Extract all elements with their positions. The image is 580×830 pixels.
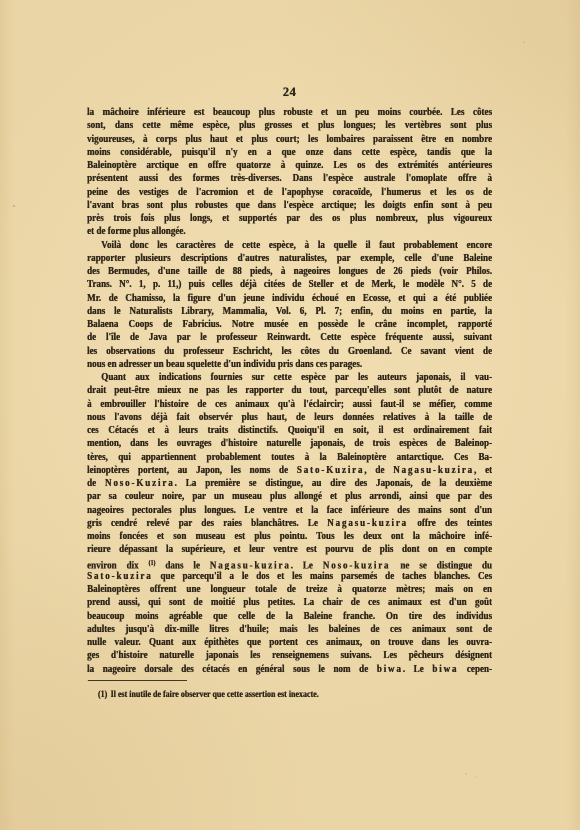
text-line: moins foncées et son museau est plus poi…: [87, 530, 492, 543]
footnote-marker: (1): [98, 689, 107, 700]
text-line: à embrouiller l'histoire de ces animaux …: [87, 398, 492, 411]
text-line: les observations du professeur Eschricht…: [87, 345, 492, 358]
text-line: Trans. N°. 1, p. 11,) puis celles déjà c…: [87, 278, 492, 291]
text-line: ges d'histoire naturelle japonais les re…: [87, 649, 492, 662]
text-line: adultes jusqu'à dix-mille litres d'huile…: [87, 623, 492, 636]
text-line: nous l'avons déjà fait observér plus hau…: [87, 411, 492, 424]
text-line: par sa couleur noire, par un museau plus…: [87, 490, 492, 503]
text-line: Baleinoptères offrent une longueur total…: [87, 583, 492, 596]
footnote-separator: [88, 680, 187, 682]
text-line: et de forme plus allongée.: [87, 225, 492, 238]
text-line: tères, qui appartiennent probablement to…: [87, 451, 492, 464]
text-line: environ dix (1) dans le Nagasu-kuzira. L…: [87, 557, 492, 570]
text-line: près trois fois plus longs, et supportés…: [87, 212, 492, 225]
text-line: de Noso-Kuzira. La première se distingue…: [87, 477, 492, 490]
text-line: nous en adresser un beau squelette d'un …: [87, 358, 492, 371]
text-line: prend aussi, qui sont de moitié plus pet…: [87, 596, 492, 609]
book-page: 24 la mâchoire inférieure est beaucoup p…: [0, 0, 580, 830]
text-line: sont, dans cette même espèce, plus gross…: [87, 119, 492, 132]
text-line: Balaena Coops de Fabricius. Notre musée …: [87, 318, 492, 331]
text-line: ces Cétacés et à leurs traits distinctif…: [87, 424, 492, 437]
text-line: présentent aussi des formes très-diverse…: [87, 172, 492, 185]
text-block: la mâchoire inférieure est beaucoup plus…: [87, 106, 492, 700]
text-line: beaucoup moins agréable que celle de la …: [87, 610, 492, 623]
text-line: Mr. de Chamisso, la figure d'un jeune in…: [87, 292, 492, 305]
text-line: de l'île de Java par le professeur Reinw…: [87, 331, 492, 344]
text-line: nulle valeur. Quant aux épithètes que po…: [87, 636, 492, 649]
text-line: gris cendré relevé par des raies blanchâ…: [87, 517, 492, 530]
text-line: moins considérable, puisqu'il n'y en a q…: [87, 146, 492, 159]
text-line: mention, dans les ouvrages d'histoire na…: [87, 437, 492, 450]
text-line: la nageoire dorsale des cétacés en génér…: [87, 663, 492, 676]
text-line: peine des vestiges de l'acromion et de l…: [87, 186, 492, 199]
text-line: Baleinoptère arctique en offre quatorze …: [87, 159, 492, 172]
text-line: rieure dépassant la supérieure, et leur …: [87, 543, 492, 556]
footnote-reference: (1): [149, 559, 156, 567]
page-number: 24: [87, 85, 492, 100]
text-line: leinoptères portent, au Japon, les noms …: [87, 464, 492, 477]
text-line: nageoires pectorales plus longues. Le ve…: [87, 504, 492, 517]
text-line: Voilà donc les caractères de cette espèc…: [87, 239, 492, 252]
footnote: (1)Il est inutile de faire observer que …: [87, 689, 492, 700]
footnote-text: Il est inutile de faire observer que cet…: [110, 689, 318, 700]
text-line: drait peut-être mieux ne pas les rapport…: [87, 384, 492, 397]
text-line: dans le Naturalists Library, Mammalia, V…: [87, 305, 492, 318]
text-line: Sato-kuzira que parcequ'il a le dos et l…: [87, 570, 492, 583]
text-line: vigoureuses, à corps plus haut et plus c…: [87, 133, 492, 146]
text-line: la mâchoire inférieure est beaucoup plus…: [87, 106, 492, 119]
text-line: Quant aux indications fournies sur cette…: [87, 371, 492, 384]
text-line: des Bermudes, d'une taille de 88 pieds, …: [87, 265, 492, 278]
text-line: l'avant bras sont plus robustes que dans…: [87, 199, 492, 212]
body-lines: la mâchoire inférieure est beaucoup plus…: [87, 106, 492, 676]
text-line: rapporter plusieurs descriptions d'autre…: [87, 252, 492, 265]
